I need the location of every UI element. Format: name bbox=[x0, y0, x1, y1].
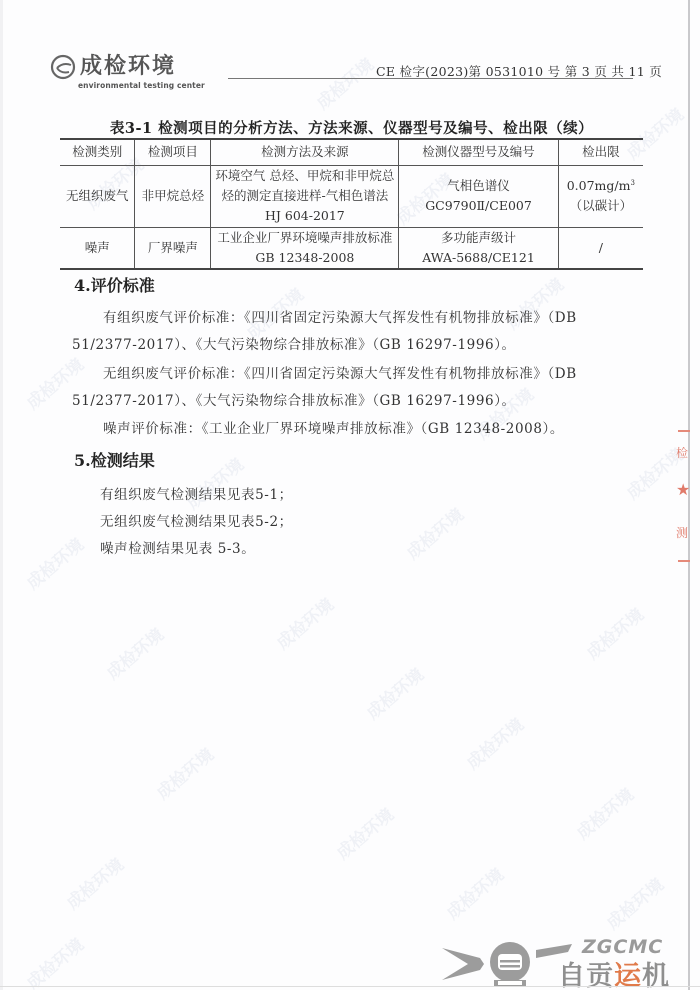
cell-instrument: 气相色谱仪 GC9790Ⅱ/CE007 bbox=[399, 165, 558, 227]
table-header-row: 检测类别 检测项目 检测方法及来源 检测仪器型号及编号 检出限 bbox=[60, 139, 643, 165]
cell-instrument: 多功能声级计 AWA-5688/CE121 bbox=[399, 227, 558, 269]
cell-category: 噪声 bbox=[60, 227, 135, 269]
instrument-line: GC9790Ⅱ/CE007 bbox=[403, 196, 553, 216]
watermark: 成检环境 bbox=[460, 711, 528, 774]
paragraph-line: 51/2377-2017）、《大气污染物综合排放标准》（GB 16297-199… bbox=[72, 389, 516, 409]
seal-bar bbox=[678, 430, 690, 432]
watermark: 成检环境 bbox=[150, 741, 218, 804]
header-divider bbox=[228, 78, 633, 79]
method-line: HJ 604-2017 bbox=[215, 206, 394, 226]
result-item: 噪声检测结果见表 5-3。 bbox=[100, 537, 255, 557]
paragraph-line: 无组织废气评价标准：《四川省固定污染源大气挥发性有机物排放标准》（DB bbox=[103, 362, 577, 382]
paragraph-line: 有组织废气评价标准：《四川省固定污染源大气挥发性有机物排放标准》（DB bbox=[103, 306, 577, 326]
watermark: 成检环境 bbox=[360, 661, 428, 724]
watermark: 成检环境 bbox=[20, 931, 88, 990]
logo-e-icon bbox=[50, 54, 76, 80]
watermark: 成检环境 bbox=[270, 591, 338, 654]
limit-note: （以碳计） bbox=[563, 196, 639, 216]
cell-limit: 0.07mg/m3 （以碳计） bbox=[558, 165, 643, 227]
company-logo: 成检环境 environmental testing center bbox=[50, 52, 190, 92]
table-title: 表3-1 检测项目的分析方法、方法来源、仪器型号及编号、检出限（续） bbox=[60, 117, 643, 138]
watermark: 成检环境 bbox=[100, 621, 168, 684]
cell-category: 无组织废气 bbox=[60, 165, 135, 227]
brand-text-cn: 自贡运机 bbox=[558, 954, 670, 990]
cell-method: 工业企业厂界环境噪声排放标准 GB 12348-2008 bbox=[211, 227, 399, 269]
instrument-line: AWA-5688/CE121 bbox=[403, 248, 553, 268]
watermark: 成检环境 bbox=[20, 531, 88, 594]
method-line: GB 12348-2008 bbox=[215, 248, 394, 268]
scan-bottom-edge bbox=[0, 986, 700, 987]
method-line: 环境空气 总烃、甲烷和非甲烷总 bbox=[215, 166, 394, 186]
watermark: 成检环境 bbox=[400, 501, 468, 564]
section-heading-results: 5.检测结果 bbox=[74, 448, 155, 471]
result-item: 有组织废气检测结果见表5-1； bbox=[100, 483, 293, 503]
column-header: 检测方法及来源 bbox=[211, 139, 399, 165]
method-line: 烃的测定直接进样-气相色谱法 bbox=[215, 186, 394, 206]
limit-number: 0.07mg/m bbox=[567, 178, 631, 193]
seal-glyph: 检 bbox=[676, 444, 688, 461]
paragraph-line: 噪声评价标准：《工业企业厂界环境噪声排放标准》（GB 12348-2008）。 bbox=[103, 417, 564, 437]
scan-edge-left bbox=[0, 0, 3, 990]
watermark: 成检环境 bbox=[570, 781, 638, 844]
instrument-line: 多功能声级计 bbox=[403, 228, 553, 248]
watermark: 成检环境 bbox=[600, 871, 668, 934]
footer-brand-logo: ZGCMC 自贡运机 bbox=[440, 932, 690, 990]
seal-star-icon: ★ bbox=[676, 480, 690, 499]
instrument-line: 气相色谱仪 bbox=[403, 176, 553, 196]
paragraph-line: 51/2377-2017）、《大气污染物综合排放标准》（GB 16297-199… bbox=[72, 333, 516, 353]
column-header: 检测仪器型号及编号 bbox=[399, 139, 558, 165]
method-line: 工业企业厂界环境噪声排放标准 bbox=[215, 228, 394, 248]
watermark: 成检环境 bbox=[310, 51, 378, 114]
watermark: 成检环境 bbox=[580, 601, 648, 664]
column-header: 检测类别 bbox=[60, 139, 135, 165]
table-row: 噪声 厂界噪声 工业企业厂界环境噪声排放标准 GB 12348-2008 多功能… bbox=[60, 227, 643, 269]
seal-bar bbox=[678, 560, 690, 562]
column-header: 检出限 bbox=[558, 139, 643, 165]
watermark: 成检环境 bbox=[330, 801, 398, 864]
seal-stamp-partial: 检 ★ 测 bbox=[676, 430, 690, 570]
result-item: 无组织废气检测结果见表5-2； bbox=[100, 510, 293, 530]
seal-glyph: 测 bbox=[676, 524, 688, 541]
logo-text-en: environmental testing center bbox=[78, 81, 205, 90]
table-row: 无组织废气 非甲烷总烃 环境空气 总烃、甲烷和非甲烷总 烃的测定直接进样-气相色… bbox=[60, 165, 643, 227]
watermark: 成检环境 bbox=[440, 861, 508, 924]
cell-limit: / bbox=[558, 227, 643, 269]
cell-item: 厂界噪声 bbox=[135, 227, 211, 269]
section-heading-evaluation: 4.评价标准 bbox=[74, 273, 155, 296]
cell-method: 环境空气 总烃、甲烷和非甲烷总 烃的测定直接进样-气相色谱法 HJ 604-20… bbox=[211, 165, 399, 227]
column-header: 检测项目 bbox=[135, 139, 211, 165]
logo-text-cn: 成检环境 bbox=[80, 52, 176, 82]
limit-superscript: 3 bbox=[630, 179, 634, 187]
watermark: 成检环境 bbox=[60, 851, 128, 914]
limit-value: 0.07mg/m3 bbox=[563, 176, 639, 196]
methods-table: 检测类别 检测项目 检测方法及来源 检测仪器型号及编号 检出限 无组织废气 非甲… bbox=[60, 138, 643, 270]
cell-item: 非甲烷总烃 bbox=[135, 165, 211, 227]
document-page: 成检环境 成检环境 成检环境 成检环境 成检环境 成检环境 成检环境 成检环境 … bbox=[0, 0, 700, 990]
